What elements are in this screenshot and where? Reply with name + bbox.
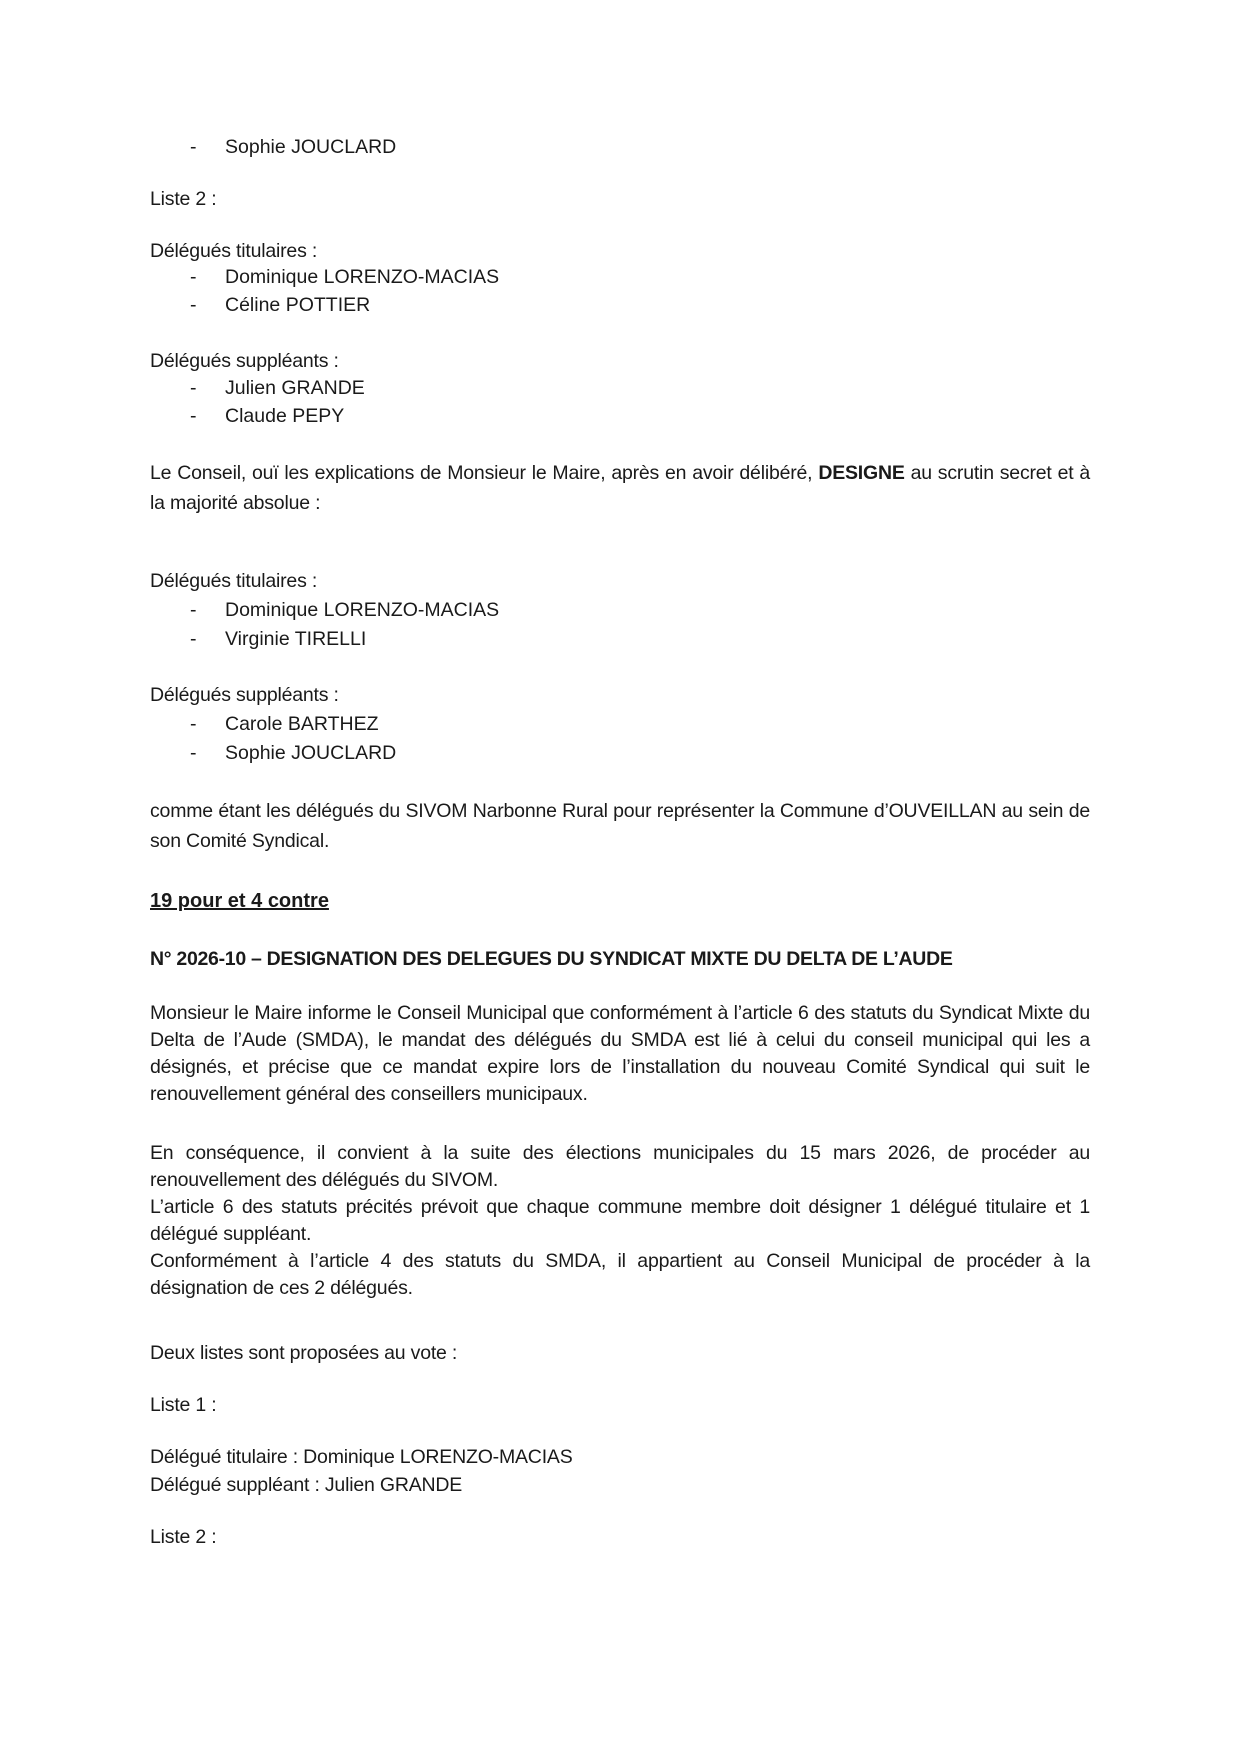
bullet-dash: - [190, 742, 197, 765]
section-heading: N° 2026-10 – DESIGNATION DES DELEGUES DU… [150, 948, 953, 971]
bullet-dash: - [190, 599, 197, 622]
titulaires-label: Délégués titulaires : [150, 240, 317, 263]
delegate-name: Claude PEPY [225, 405, 344, 428]
suppleants-label: Délégués suppléants : [150, 350, 339, 373]
bullet-dash: - [190, 405, 197, 428]
delegate-name: Dominique LORENZO-MACIAS [225, 266, 499, 289]
lists-intro: Deux listes sont proposées au vote : [150, 1342, 457, 1365]
delegate-name: Dominique LORENZO-MACIAS [225, 599, 499, 622]
delegate-name: Sophie JOUCLARD [225, 136, 396, 159]
list-label: Liste 1 : [150, 1394, 217, 1417]
delegate-name: Carole BARTHEZ [225, 713, 379, 736]
designe-keyword: DESIGNE [818, 462, 904, 484]
vote-result: 19 pour et 4 contre [150, 890, 329, 913]
document-page: - Sophie JOUCLARD Liste 2 : Délégués tit… [0, 0, 1240, 1754]
bullet-dash: - [190, 136, 197, 159]
delegate-name: Julien GRANDE [225, 377, 365, 400]
list1-suppleant: Délégué suppléant : Julien GRANDE [150, 1474, 462, 1497]
delegate-name: Sophie JOUCLARD [225, 742, 396, 765]
consequence-paragraph: En conséquence, il convient à la suite d… [150, 1140, 1090, 1302]
bullet-dash: - [190, 377, 197, 400]
conclusion-paragraph: comme étant les délégués du SIVOM Narbon… [150, 796, 1090, 856]
titulaires-label: Délégués titulaires : [150, 570, 317, 593]
list1-titulaire: Délégué titulaire : Dominique LORENZO-MA… [150, 1446, 573, 1469]
delegate-name: Céline POTTIER [225, 294, 370, 317]
bullet-dash: - [190, 294, 197, 317]
decision-paragraph: Le Conseil, ouï les explications de Mons… [150, 458, 1090, 518]
smda-paragraph: Monsieur le Maire informe le Conseil Mun… [150, 1000, 1090, 1108]
delegate-name: Virginie TIRELLI [225, 628, 366, 651]
suppleants-label: Délégués suppléants : [150, 684, 339, 707]
list-label: Liste 2 : [150, 188, 217, 211]
bullet-dash: - [190, 713, 197, 736]
bullet-dash: - [190, 266, 197, 289]
bullet-dash: - [190, 628, 197, 651]
list-label: Liste 2 : [150, 1526, 217, 1549]
